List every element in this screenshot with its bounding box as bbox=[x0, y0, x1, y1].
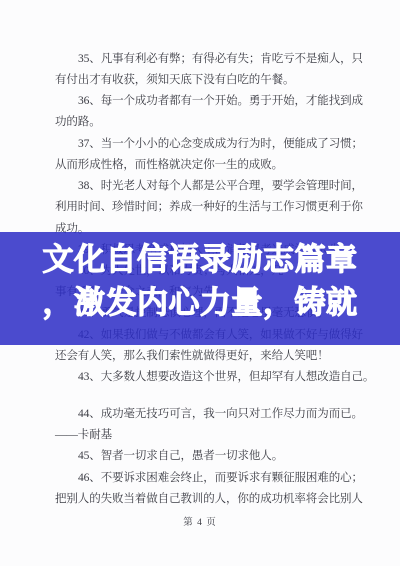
quote-line: 37、当一个小小的心念变成成为行为时，便能成了习惯； bbox=[55, 138, 378, 151]
quote-line: 功的路。 bbox=[55, 116, 355, 129]
quote-line: 从而形成性格，而性格就决定你一生的成败。 bbox=[55, 159, 355, 172]
page-footer: 第 4 页 bbox=[0, 514, 400, 528]
quote-line: 把别人的失败当着做自己教训的人，你的成功机率将会比别人 bbox=[55, 493, 355, 506]
quote-line: 有付出才有收获，须知天底下没有白吃的午餐。 bbox=[55, 74, 355, 87]
document-page: 35、凡事有利必有弊；有得必有失；肯吃亏不是痴人，只有付出才有收获，须知天底下没… bbox=[0, 0, 400, 566]
quote-line: 利用时间、珍惜时间；养成一种好的生活与工作习惯更利于你 bbox=[55, 201, 355, 214]
banner-title-line1: 文化自信语录励志篇章 bbox=[0, 243, 400, 277]
quote-line: 还会有人笑，那么我们索性就做得更好，来给人笑吧！ bbox=[55, 350, 355, 363]
quote-line: 45、智者一切求自己，愚者一切求他人。 bbox=[55, 450, 378, 463]
quote-line: 36、每一个成功者都有一个开始。勇于开始，才能找到成 bbox=[55, 95, 378, 108]
quote-line: 35、凡事有利必有弊；有得必有失；肯吃亏不是痴人，只 bbox=[55, 53, 378, 66]
quote-line: 44、成功毫无技巧可言，我一向只对工作尽力而为而已。 bbox=[55, 408, 378, 421]
banner-title-line2: ，激发内心力量，铸就 bbox=[0, 286, 400, 320]
quote-line: 38、时光老人对每个人都是公平合理，要学会管理时间， bbox=[55, 180, 378, 193]
quote-line: 46、不要诉求困难会终止，而要诉求有颗征服困难的心； bbox=[55, 472, 378, 485]
overlay-banner: 文化自信语录励志篇章 ，激发内心力量，铸就 bbox=[0, 232, 400, 345]
quote-line: ——卡耐基 bbox=[55, 429, 355, 442]
quote-line: 43、大多数人想要改造这个世界，但却罕有人想改造自己。 bbox=[55, 371, 378, 384]
